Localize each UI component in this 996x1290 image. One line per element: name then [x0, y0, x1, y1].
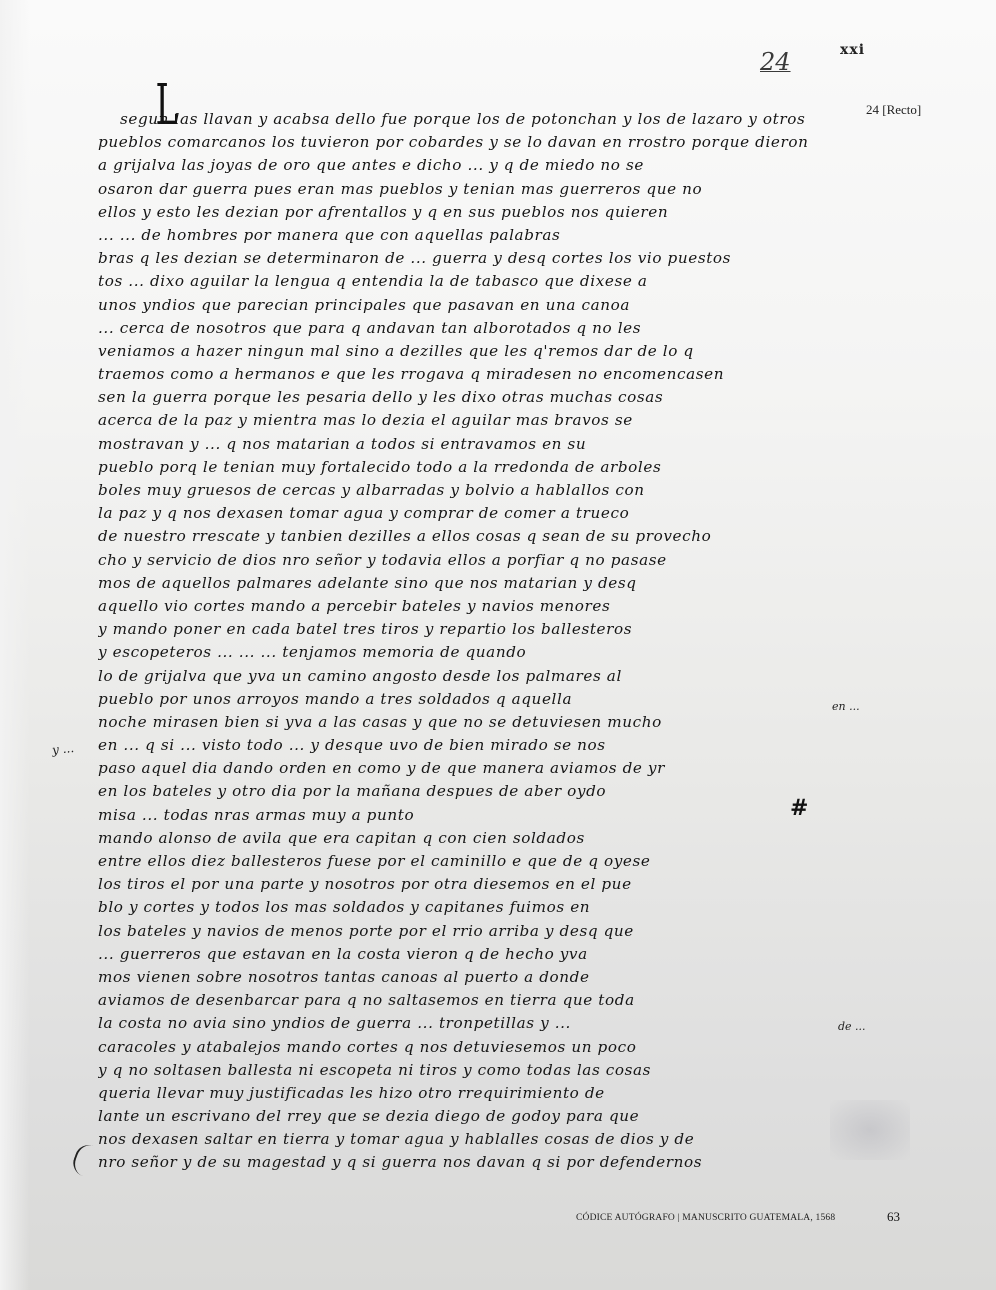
manuscript-line: entre ellos diez ballesteros fuese por e…: [98, 850, 838, 873]
manuscript-line: de nuestro rrescate y tanbien dezilles a…: [98, 525, 838, 548]
manuscript-line: y escopeteros ... ... ... tenjamos memor…: [98, 641, 838, 664]
manuscript-line: aviamos de desenbarcar para q no saltase…: [98, 989, 838, 1012]
manuscript-line: osaron dar guerra pues eran mas pueblos …: [98, 178, 838, 201]
folio-number: 24: [760, 48, 791, 76]
manuscript-line: paso aquel dia dando orden en como y de …: [98, 757, 838, 780]
manuscript-line: noche mirasen bien si yva a las casas y …: [98, 711, 838, 734]
manuscript-line: boles muy gruesos de cercas y albarradas…: [98, 479, 838, 502]
manuscript-line: a grijalva las joyas de oro que antes e …: [98, 154, 838, 177]
manuscript-line: pueblo por unos arroyos mando a tres sol…: [98, 688, 838, 711]
manuscript-line: ellos y esto les dezian por afrentallos …: [98, 201, 838, 224]
manuscript-line: nro señor y de su magestad y q si guerra…: [98, 1151, 838, 1174]
manuscript-line: y q no soltasen ballesta ni escopeta ni …: [98, 1059, 838, 1082]
roman-folio-number: xxi: [840, 42, 865, 58]
manuscript-line: pueblos comarcanos los tuvieron por coba…: [98, 131, 838, 154]
margin-mark-icon: #: [790, 795, 808, 821]
manuscript-line: bras q les dezian se determinaron de ...…: [98, 247, 838, 270]
margin-note-right: en ...: [832, 700, 860, 713]
manuscript-line: blo y cortes y todos los mas soldados y …: [98, 896, 838, 919]
manuscript-line: en los bateles y otro dia por la mañana …: [98, 780, 838, 803]
manuscript-line: lo de grijalva que yva un camino angosto…: [98, 665, 838, 688]
manuscript-line: mos de aquellos palmares adelante sino q…: [98, 572, 838, 595]
manuscript-line: pueblo porq le tenian muy fortalecido to…: [98, 456, 838, 479]
manuscript-line: los bateles y navios de menos porte por …: [98, 920, 838, 943]
manuscript-line: traemos como a hermanos e que les rrogav…: [98, 363, 838, 386]
manuscript-text-block: segun las llavan y acabsa dello fue porq…: [98, 108, 838, 1175]
manuscript-line: veniamos a hazer ningun mal sino a dezil…: [98, 340, 838, 363]
manuscript-line: tos ... dixo aguilar la lengua q entendi…: [98, 270, 838, 293]
margin-note-left: y ...: [51, 741, 74, 757]
manuscript-line: ... ... de hombres por manera que con aq…: [98, 224, 838, 247]
manuscript-line: ... guerreros que estavan en la costa vi…: [98, 943, 838, 966]
recto-label: 24 [Recto]: [866, 102, 921, 118]
page-number: 63: [887, 1209, 900, 1225]
manuscript-line: mostravan y ... q nos matarian a todos s…: [98, 433, 838, 456]
page-edge: [0, 0, 30, 1290]
ink-smudge: [830, 1100, 910, 1160]
manuscript-line: y mando poner en cada batel tres tiros y…: [98, 618, 838, 641]
manuscript-line: mando alonso de avila que era capitan q …: [98, 827, 838, 850]
footer-running-title: CÓDICE AUTÓGRAFO | MANUSCRITO GUATEMALA,…: [576, 1213, 835, 1223]
manuscript-line: lante un escrivano del rrey que se dezia…: [98, 1105, 838, 1128]
manuscript-line: sen la guerra porque les pesaria dello y…: [98, 386, 838, 409]
manuscript-line: acerca de la paz y mientra mas lo dezia …: [98, 409, 838, 432]
manuscript-line: mos vienen sobre nosotros tantas canoas …: [98, 966, 838, 989]
manuscript-line: caracoles y atabalejos mando cortes q no…: [98, 1036, 838, 1059]
margin-note-right-lower: de ...: [838, 1020, 866, 1033]
manuscript-line: segun las llavan y acabsa dello fue porq…: [98, 108, 838, 131]
manuscript-line: cho y servicio de dios nro señor y todav…: [98, 549, 838, 572]
manuscript-line: la costa no avia sino yndios de guerra .…: [98, 1012, 838, 1035]
manuscript-line: misa ... todas nras armas muy a punto: [98, 804, 838, 827]
manuscript-line: los tiros el por una parte y nosotros po…: [98, 873, 838, 896]
manuscript-line: aquello vio cortes mando a percebir bate…: [98, 595, 838, 618]
manuscript-line: en ... q si ... visto todo ... y desque …: [98, 734, 838, 757]
manuscript-line: nos dexasen saltar en tierra y tomar agu…: [98, 1128, 838, 1151]
manuscript-line: queria llevar muy justificadas les hizo …: [98, 1082, 838, 1105]
manuscript-line: ... cerca de nosotros que para q andavan…: [98, 317, 838, 340]
manuscript-line: la paz y q nos dexasen tomar agua y comp…: [98, 502, 838, 525]
manuscript-line: unos yndios que parecian principales que…: [98, 294, 838, 317]
